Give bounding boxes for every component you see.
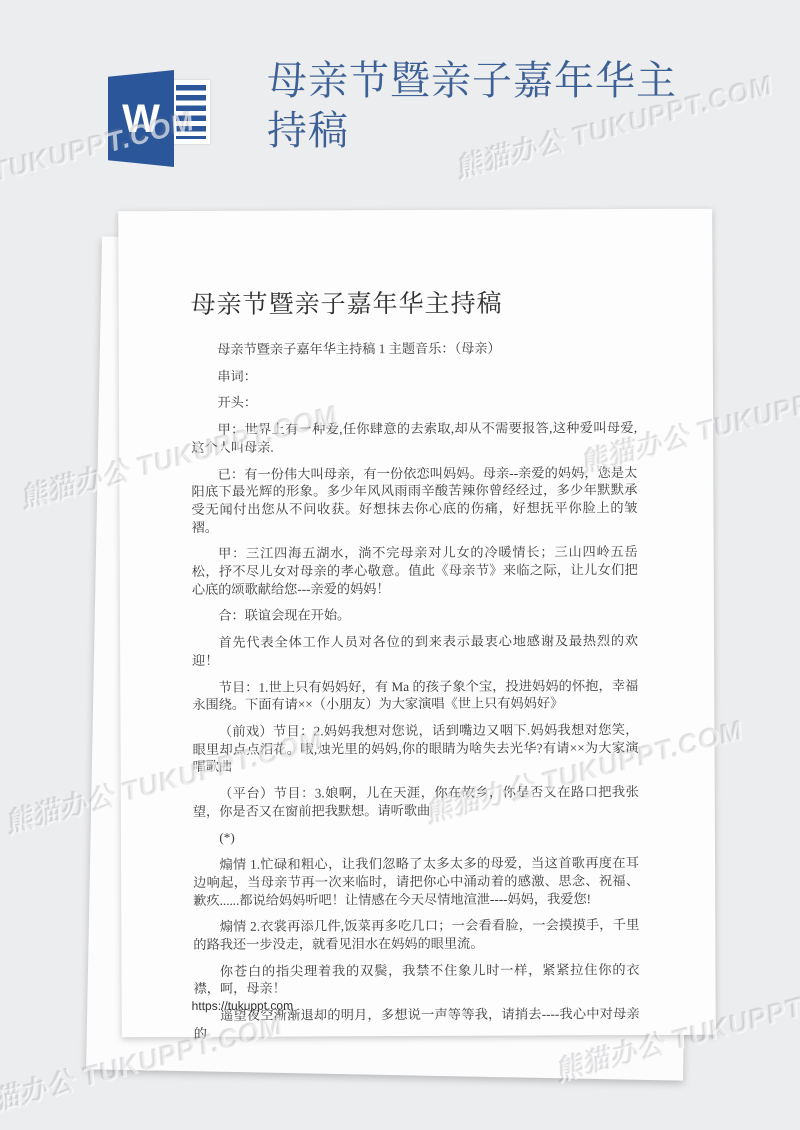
document-paragraph: 合：联谊会现在开始。 xyxy=(192,605,638,625)
document-body: 母亲节暨亲子嘉年华主持稿 1 主题音乐：（母亲）串词：开头：甲：世界上有一种爱,… xyxy=(191,339,640,1042)
document-paragraph: 甲：世界上有一种爱,任你肆意的去索取,却从不需要报答,这种爱叫母爱,这个人叫母亲… xyxy=(191,419,637,456)
document-paragraph: 你苍白的指尖理着我的双鬓，我禁不住象儿时一样，紧紧拉住你的衣襟，呵，母亲！ xyxy=(193,961,639,998)
document-paragraph: 母亲节暨亲子嘉年华主持稿 1 主题音乐：（母亲） xyxy=(191,339,637,359)
document-paragraph: 开头： xyxy=(191,392,637,412)
document-paragraph: 煽情 2.衣裳再添几件,饭菜再多吃几口；一会看看脸，一会摸摸手，千里的路我还一步… xyxy=(193,916,639,953)
document-content: 母亲节暨亲子嘉年华主持稿 母亲节暨亲子嘉年华主持稿 1 主题音乐：（母亲）串词：… xyxy=(118,209,716,1038)
document-heading: 母亲节暨亲子嘉年华主持稿 xyxy=(191,283,637,321)
footer-link[interactable]: https://tukuppt.com xyxy=(192,999,293,1013)
document-paragraph: 首先代表全体工作人员对各位的到来表示最衷心地感谢及最热烈的欢迎！ xyxy=(192,632,638,669)
document-paragraph: 已：有一份伟大叫母亲，有一份依恋叫妈妈。母亲--亲爱的妈妈，您是太阳底下最光辉的… xyxy=(191,464,637,537)
preview-header: W 母亲节暨亲子嘉年华主持稿 xyxy=(0,0,800,200)
document-paragraph: 节目：1.世上只有妈妈好，有 Ma 的孩子象个宝，投进妈妈的怀抱，幸福永围绕。下… xyxy=(192,677,638,714)
word-icon-slab: W xyxy=(108,70,174,167)
document-paragraph: 煽情 1.忙碌和粗心，让我们忽略了太多太多的母爱，当这首歌再度在耳边响起，当母亲… xyxy=(193,854,639,909)
word-icon-sheet xyxy=(172,80,210,144)
document-paragraph: （前戏）节目：2.妈妈我想对您说，话到嘴边又咽下.妈妈我想对您笑，眼里却点点泪花… xyxy=(192,721,638,776)
page-title: 母亲节暨亲子嘉年华主持稿 xyxy=(267,56,709,156)
word-file-icon: W xyxy=(108,70,210,168)
document-paragraph: 串词： xyxy=(191,366,637,386)
word-icon-text-lines xyxy=(176,85,206,139)
document-page: 母亲节暨亲子嘉年华主持稿 母亲节暨亲子嘉年华主持稿 1 主题音乐：（母亲）串词：… xyxy=(118,209,716,1038)
document-paragraph: 甲：三江四海五湖水，淌不完母亲对儿女的冷暖情长；三山四岭五岳松，抒不尽儿女对母亲… xyxy=(192,543,638,598)
document-paragraph: （平台）节目：3.娘啊，儿在天涯，你在故乡，你是否又在路口把我张望，你是否又在窗… xyxy=(193,783,639,820)
word-icon-letter: W xyxy=(122,99,160,139)
document-paragraph: (*) xyxy=(193,828,639,848)
